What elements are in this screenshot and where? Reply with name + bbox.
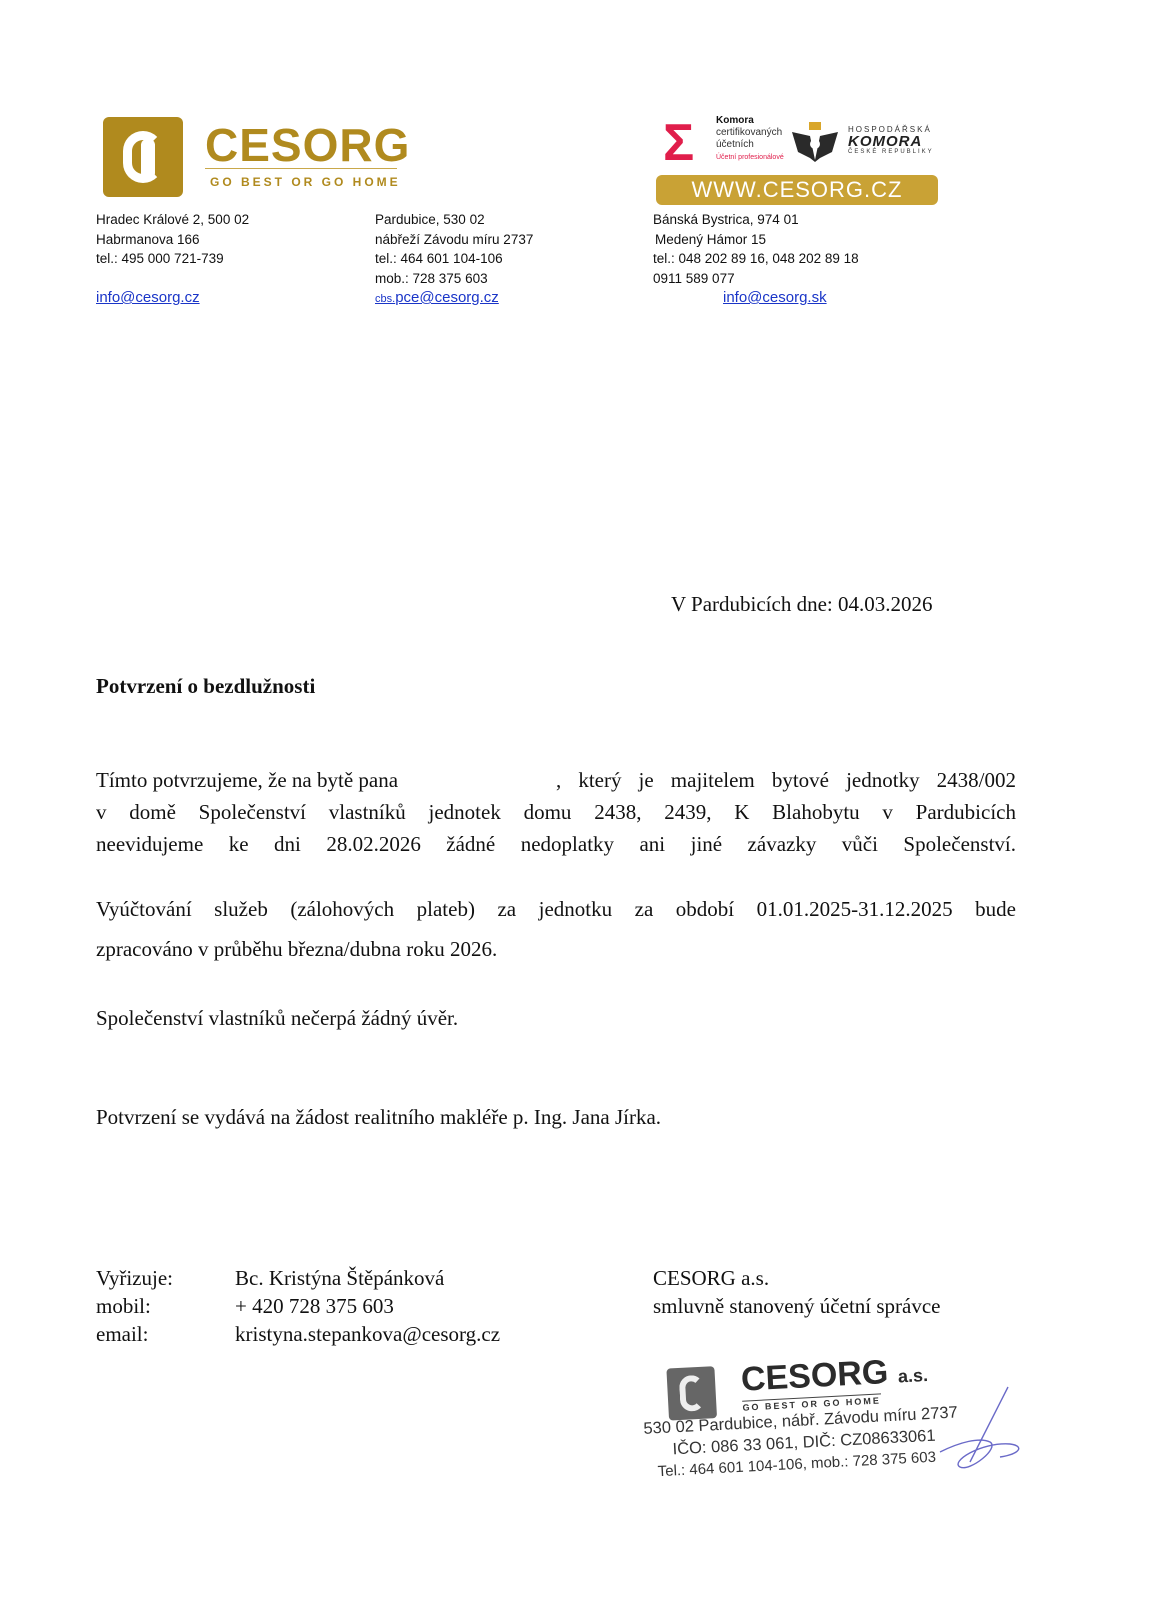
komora-logo-text: Komora certifikovaných účetních Účetní p…: [716, 115, 784, 164]
stamp-logo-icon: [666, 1366, 717, 1420]
contact-values: Bc. Kristýna Štěpánková + 420 728 375 60…: [235, 1264, 500, 1348]
hk-eagle-icon: [790, 122, 840, 162]
contact-labels: Vyřizuje: mobil: email:: [96, 1264, 173, 1348]
handler-email: kristyna.stepankova@cesorg.cz: [235, 1320, 500, 1348]
office-hradec: Hradec Králové 2, 500 02 Habrmanova 166 …: [96, 210, 249, 269]
paragraph-1: Tímto potvrzujeme, že na bytě pana , kte…: [96, 764, 1016, 860]
email-prefix: cbs.: [375, 293, 395, 305]
company-stamp: CESORG a.s. GO BEST OR GO HOME 530 02 Pa…: [640, 1345, 976, 1492]
paragraph-4: Potvrzení se vydává na žádost realitního…: [96, 1101, 661, 1133]
paragraph-1-line1: Tímto potvrzujeme, že na bytě pana , kte…: [96, 764, 1016, 796]
company-role: smluvně stanovený účetní správce: [653, 1292, 941, 1320]
paragraph-2-line2: zpracováno v průběhu března/dubna roku 2…: [96, 929, 1016, 969]
label-mobile: mobil:: [96, 1292, 173, 1320]
office-line: 0911 589 077: [653, 269, 859, 289]
paragraph-1-line2: v domě Společenství vlastníků jednotek d…: [96, 796, 1016, 828]
stamp-brand: CESORG a.s.: [740, 1351, 929, 1400]
brand-name: CESORG: [205, 118, 410, 172]
hk-bottom: ČESKÉ REPUBLIKY: [848, 149, 934, 155]
letter-title: Potvrzení o bezdlužnosti: [96, 670, 315, 702]
komora-line3: Účetní profesionálové: [716, 154, 784, 161]
office-line: Hradec Králové 2, 500 02: [96, 210, 249, 230]
website-badge: WWW.CESORG.CZ: [656, 175, 938, 205]
stamp-brand-name: CESORG: [740, 1353, 889, 1399]
email-domain: pce@cesorg.cz: [395, 289, 499, 306]
handler-name: Bc. Kristýna Štěpánková: [235, 1264, 500, 1292]
office-line: tel.: 464 601 104-106: [375, 249, 533, 269]
office-line: Habrmanova 166: [96, 230, 249, 250]
office-bb-email[interactable]: info@cesorg.sk: [723, 289, 827, 306]
office-line: tel.: 048 202 89 16, 048 202 89 18: [653, 249, 859, 269]
paragraph-2-line1: Vyúčtování služeb (zálohových plateb) za…: [96, 889, 1016, 929]
cesorg-logo-icon: [103, 117, 183, 197]
office-line: Bánská Bystrica, 974 01: [653, 210, 859, 230]
label-handler: Vyřizuje:: [96, 1264, 173, 1292]
hk-logo-text: HOSPODÁŘSKÁ KOMORA ČESKÉ REPUBLIKY: [848, 125, 934, 155]
p1-text-a: Tímto potvrzujeme, že na bytě pana: [96, 764, 398, 796]
komora-title: Komora: [716, 115, 754, 126]
paragraph-3: Společenství vlastníků nečerpá žádný úvě…: [96, 1002, 458, 1034]
office-line: nábřeží Závodu míru 2737: [375, 230, 533, 250]
office-pardubice-email[interactable]: cbs.pce@cesorg.cz: [375, 289, 499, 306]
redacted-name: [398, 764, 556, 796]
office-line: tel.: 495 000 721-739: [96, 249, 249, 269]
company-block: CESORG a.s. smluvně stanovený účetní spr…: [653, 1264, 941, 1320]
paragraph-2: Vyúčtování služeb (zálohových plateb) za…: [96, 889, 1016, 969]
p1-text-b: , který je majitelem bytové jednotky 243…: [556, 764, 1016, 796]
paragraph-1-line3: neevidujeme ke dni 28.02.2026 žádné nedo…: [96, 828, 1016, 860]
handler-mobile: + 420 728 375 603: [235, 1292, 500, 1320]
stamp-suffix: a.s.: [897, 1365, 928, 1387]
hk-middle: KOMORA: [848, 134, 934, 149]
office-banska-bystrica: Bánská Bystrica, 974 01 Medený Hámor 15 …: [653, 210, 859, 288]
office-line: mob.: 728 375 603: [375, 269, 533, 289]
komora-line2: účetních: [716, 139, 754, 150]
brand-tagline: GO BEST OR GO HOME: [210, 175, 401, 189]
brand-divider: [205, 168, 397, 169]
office-hradec-email[interactable]: info@cesorg.cz: [96, 289, 200, 306]
komora-sigma-icon: Σ: [663, 117, 694, 169]
komora-line1: certifikovaných: [716, 127, 782, 138]
label-email: email:: [96, 1320, 173, 1348]
company-name: CESORG a.s.: [653, 1264, 941, 1292]
office-pardubice: Pardubice, 530 02 nábřeží Závodu míru 27…: [375, 210, 533, 288]
signature-icon: [930, 1382, 1030, 1482]
office-line: Medený Hámor 15: [653, 230, 859, 250]
place-date: V Pardubicích dne: 04.03.2026: [671, 588, 933, 620]
office-line: Pardubice, 530 02: [375, 210, 533, 230]
